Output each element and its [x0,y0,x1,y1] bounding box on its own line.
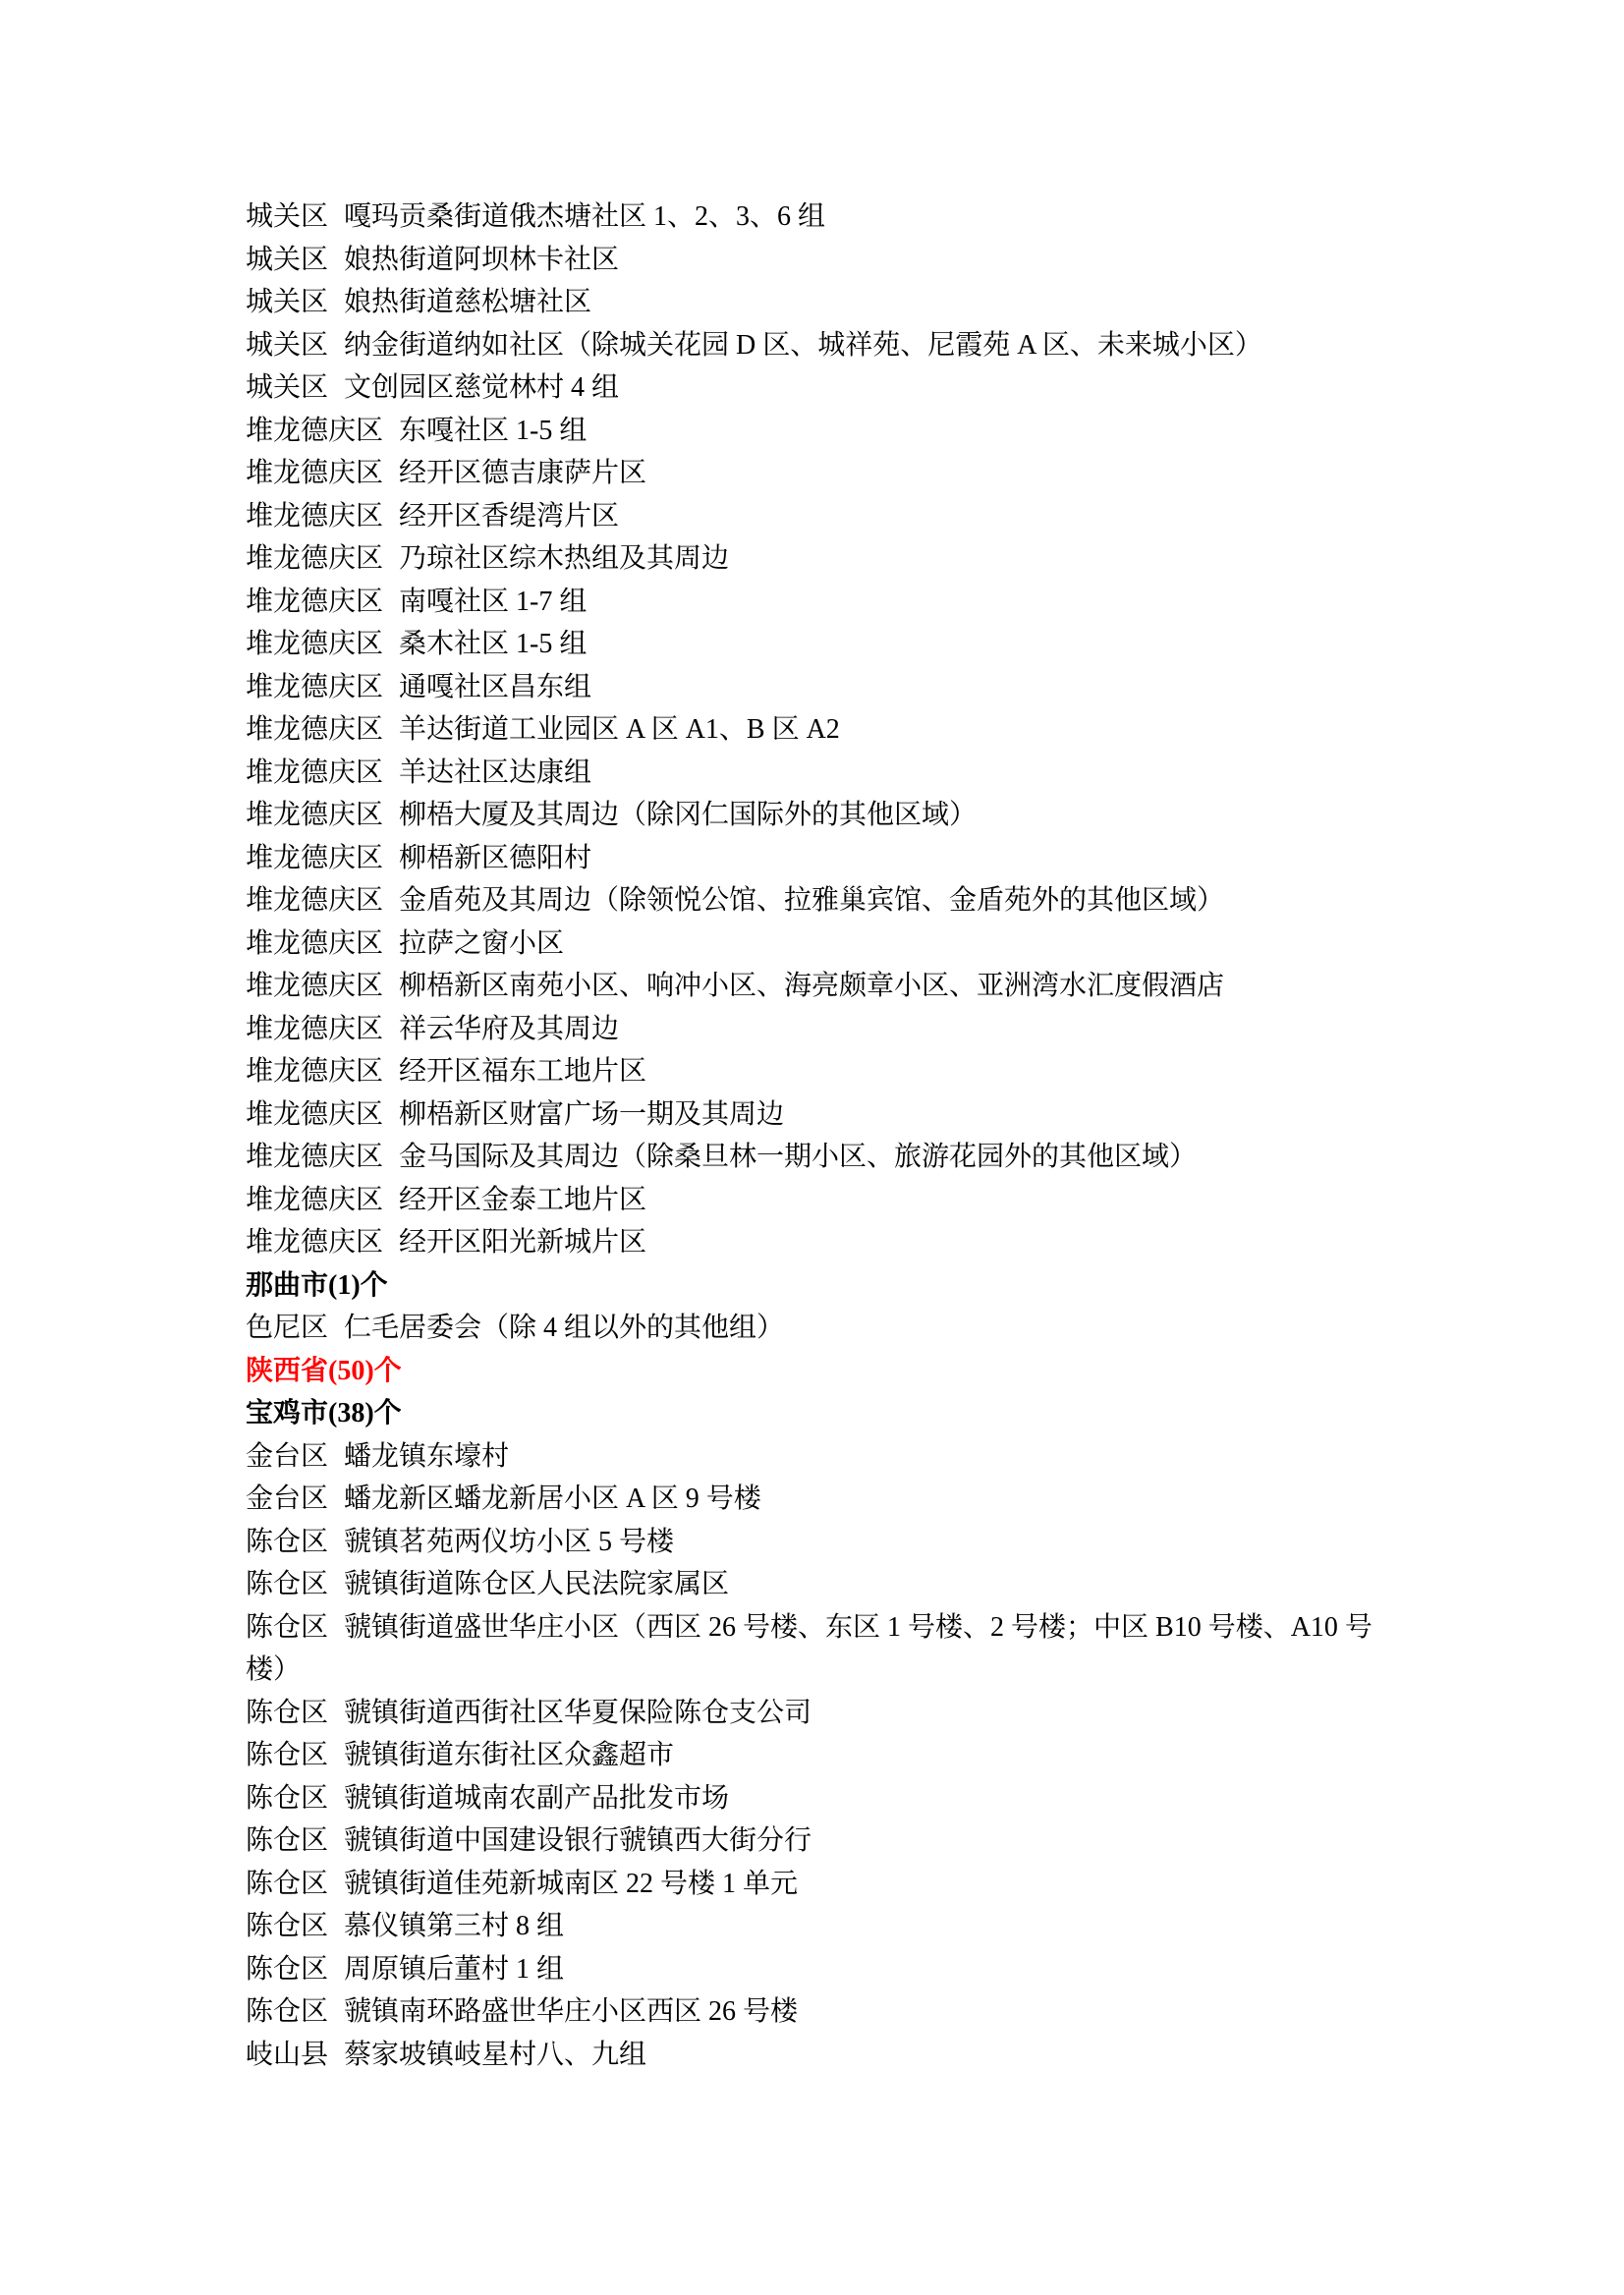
risk-area-row: 城关区嘎玛贡桑街道俄杰塘社区 1、2、3、6 组 [246,196,1383,239]
area-description: 经开区香缇湾片区 [399,501,619,532]
area-description: 虢镇街道城南农副产品批发市场 [344,1783,729,1814]
area-description: 柳梧新区德阳村 [399,843,591,873]
area-description: 慕仪镇第三村 8 组 [344,1911,564,1941]
risk-area-row: 堆龙德庆区南嘎社区 1-7 组 [246,581,1383,624]
risk-area-row: 堆龙德庆区经开区福东工地片区 [246,1050,1383,1093]
area-description: 经开区阳光新城片区 [399,1227,646,1258]
district-name: 堆龙德庆区 [246,458,383,488]
area-description: 东嘎社区 1-5 组 [399,416,587,446]
district-name: 城关区 [246,372,328,403]
province-header-label: 陕西省(50)个 [246,1356,402,1386]
district-name: 堆龙德庆区 [246,543,383,574]
area-description: 虢镇街道东街社区众鑫超市 [344,1740,674,1770]
risk-area-row: 陈仓区虢镇街道中国建设银行虢镇西大街分行 [246,1819,1383,1863]
city-header: 那曲市(1)个 [246,1264,1383,1308]
city-header: 宝鸡市(38)个 [246,1392,1383,1435]
risk-area-row: 城关区娘热街道慈松塘社区 [246,281,1383,324]
risk-area-row: 陈仓区虢镇南环路盛世华庄小区西区 26 号楼 [246,1990,1383,2034]
risk-area-row: 金台区蟠龙新区蟠龙新居小区 A 区 9 号楼 [246,1478,1383,1521]
district-name: 堆龙德庆区 [246,714,383,745]
risk-area-row: 堆龙德庆区金盾苑及其周边（除领悦公馆、拉雅巢宾馆、金盾苑外的其他区域） [246,879,1383,923]
area-description: 祥云华府及其周边 [399,1014,619,1044]
area-description: 金盾苑及其周边（除领悦公馆、拉雅巢宾馆、金盾苑外的其他区域） [399,885,1224,916]
risk-area-list: 城关区嘎玛贡桑街道俄杰塘社区 1、2、3、6 组城关区娘热街道阿坝林卡社区城关区… [246,196,1383,2076]
district-name: 陈仓区 [246,1740,328,1770]
area-description: 南嘎社区 1-7 组 [399,587,587,617]
risk-area-row: 陈仓区周原镇后董村 1 组 [246,1948,1383,1991]
risk-area-row: 堆龙德庆区经开区金泰工地片区 [246,1179,1383,1222]
risk-area-row: 堆龙德庆区拉萨之窗小区 [246,923,1383,966]
area-description: 虢镇南环路盛世华庄小区西区 26 号楼 [344,1996,798,2027]
risk-area-row: 陈仓区虢镇街道陈仓区人民法院家属区 [246,1563,1383,1606]
risk-area-row: 陈仓区虢镇街道佳苑新城南区 22 号楼 1 单元 [246,1863,1383,1906]
area-description: 蔡家坡镇岐星村八、九组 [344,2040,646,2070]
district-name: 陈仓区 [246,1996,328,2027]
risk-area-row: 陈仓区虢镇茗苑两仪坊小区 5 号楼 [246,1521,1383,1564]
district-name: 堆龙德庆区 [246,1014,383,1044]
district-name: 堆龙德庆区 [246,757,383,788]
area-description: 虢镇茗苑两仪坊小区 5 号楼 [344,1527,674,1557]
city-header-label: 那曲市(1)个 [246,1270,388,1301]
district-name: 金台区 [246,1483,328,1514]
risk-area-row: 堆龙德庆区柳梧新区南苑小区、响冲小区、海亮颇章小区、亚洲湾水汇度假酒店 [246,965,1383,1008]
district-name: 堆龙德庆区 [246,800,383,830]
district-name: 堆龙德庆区 [246,416,383,446]
risk-area-row: 堆龙德庆区东嘎社区 1-5 组 [246,410,1383,453]
risk-area-row: 金台区蟠龙镇东壕村 [246,1435,1383,1479]
area-description: 周原镇后董村 1 组 [344,1954,564,1985]
district-name: 陈仓区 [246,1698,328,1728]
risk-area-row: 堆龙德庆区羊达街道工业园区 A 区 A1、B 区 A2 [246,708,1383,752]
area-description: 金马国际及其周边（除桑旦林一期小区、旅游花园外的其他区域） [399,1142,1197,1172]
risk-area-row: 堆龙德庆区柳梧大厦及其周边（除冈仁国际外的其他区域） [246,794,1383,837]
area-description: 桑木社区 1-5 组 [399,629,587,659]
area-description: 娘热街道慈松塘社区 [344,287,591,317]
area-description: 文创园区慈觉林村 4 组 [344,372,619,403]
area-description: 嘎玛贡桑街道俄杰塘社区 1、2、3、6 组 [344,201,825,232]
risk-area-row: 堆龙德庆区桑木社区 1-5 组 [246,623,1383,666]
district-name: 堆龙德庆区 [246,1099,383,1130]
risk-area-row: 堆龙德庆区羊达社区达康组 [246,752,1383,795]
district-name: 堆龙德庆区 [246,1185,383,1215]
risk-area-row: 堆龙德庆区金马国际及其周边（除桑旦林一期小区、旅游花园外的其他区域） [246,1136,1383,1179]
province-header: 陕西省(50)个 [246,1350,1383,1393]
area-description: 虢镇街道西街社区华夏保险陈仓支公司 [344,1698,812,1728]
area-description: 羊达社区达康组 [399,757,591,788]
district-name: 堆龙德庆区 [246,1227,383,1258]
risk-area-row: 堆龙德庆区乃琼社区综木热组及其周边 [246,537,1383,581]
risk-area-row: 堆龙德庆区祥云华府及其周边 [246,1008,1383,1051]
district-name: 堆龙德庆区 [246,501,383,532]
area-description: 虢镇街道中国建设银行虢镇西大街分行 [344,1825,812,1856]
risk-area-row: 色尼区仁毛居委会（除 4 组以外的其他组） [246,1307,1383,1350]
city-header-label: 宝鸡市(38)个 [246,1398,402,1428]
area-description: 乃琼社区综木热组及其周边 [399,543,729,574]
district-name: 城关区 [246,330,328,361]
district-name: 城关区 [246,201,328,232]
area-description: 拉萨之窗小区 [399,928,564,959]
area-description: 通嘎社区昌东组 [399,672,591,702]
district-name: 色尼区 [246,1313,328,1343]
area-description: 娘热街道阿坝林卡社区 [344,245,619,275]
district-name: 城关区 [246,287,328,317]
risk-area-row: 堆龙德庆区经开区德吉康萨片区 [246,452,1383,495]
risk-area-row: 陈仓区慕仪镇第三村 8 组 [246,1905,1383,1948]
district-name: 陈仓区 [246,1569,328,1599]
risk-area-row: 堆龙德庆区柳梧新区财富广场一期及其周边 [246,1093,1383,1137]
district-name: 陈仓区 [246,1825,328,1856]
area-description: 经开区福东工地片区 [399,1056,646,1087]
district-name: 堆龙德庆区 [246,1142,383,1172]
district-name: 堆龙德庆区 [246,672,383,702]
district-name: 堆龙德庆区 [246,885,383,916]
district-name: 堆龙德庆区 [246,587,383,617]
area-description: 柳梧大厦及其周边（除冈仁国际外的其他区域） [399,800,977,830]
risk-area-row: 城关区纳金街道纳如社区（除城关花园 D 区、城祥苑、尼霞苑 A 区、未来城小区） [246,324,1383,367]
risk-area-row: 陈仓区虢镇街道盛世华庄小区（西区 26 号楼、东区 1 号楼、2 号楼；中区 B… [246,1606,1383,1692]
district-name: 堆龙德庆区 [246,629,383,659]
risk-area-row: 陈仓区虢镇街道城南农副产品批发市场 [246,1777,1383,1820]
district-name: 陈仓区 [246,1954,328,1985]
district-name: 岐山县 [246,2040,328,2070]
risk-area-row: 堆龙德庆区经开区香缇湾片区 [246,495,1383,538]
district-name: 陈仓区 [246,1869,328,1899]
area-description: 虢镇街道盛世华庄小区（西区 26 号楼、东区 1 号楼、2 号楼；中区 B10 … [246,1612,1372,1686]
risk-area-row: 陈仓区虢镇街道东街社区众鑫超市 [246,1734,1383,1777]
area-description: 仁毛居委会（除 4 组以外的其他组） [344,1313,784,1343]
area-description: 虢镇街道佳苑新城南区 22 号楼 1 单元 [344,1869,798,1899]
risk-area-row: 堆龙德庆区通嘎社区昌东组 [246,666,1383,709]
risk-area-row: 陈仓区虢镇街道西街社区华夏保险陈仓支公司 [246,1692,1383,1735]
area-description: 经开区金泰工地片区 [399,1185,646,1215]
area-description: 蟠龙镇东壕村 [344,1441,509,1472]
district-name: 陈仓区 [246,1612,328,1643]
district-name: 陈仓区 [246,1911,328,1941]
risk-area-row: 城关区娘热街道阿坝林卡社区 [246,239,1383,282]
risk-area-row: 堆龙德庆区柳梧新区德阳村 [246,837,1383,880]
risk-area-row: 堆龙德庆区经开区阳光新城片区 [246,1221,1383,1264]
district-name: 陈仓区 [246,1783,328,1814]
risk-area-row: 城关区文创园区慈觉林村 4 组 [246,366,1383,410]
area-description: 柳梧新区南苑小区、响冲小区、海亮颇章小区、亚洲湾水汇度假酒店 [399,971,1224,1001]
risk-area-row: 岐山县蔡家坡镇岐星村八、九组 [246,2034,1383,2077]
district-name: 堆龙德庆区 [246,928,383,959]
area-description: 纳金街道纳如社区（除城关花园 D 区、城祥苑、尼霞苑 A 区、未来城小区） [344,330,1262,361]
district-name: 城关区 [246,245,328,275]
district-name: 陈仓区 [246,1527,328,1557]
area-description: 虢镇街道陈仓区人民法院家属区 [344,1569,729,1599]
district-name: 堆龙德庆区 [246,971,383,1001]
district-name: 堆龙德庆区 [246,1056,383,1087]
area-description: 经开区德吉康萨片区 [399,458,646,488]
district-name: 金台区 [246,1441,328,1472]
area-description: 羊达街道工业园区 A 区 A1、B 区 A2 [399,714,840,745]
area-description: 柳梧新区财富广场一期及其周边 [399,1099,784,1130]
area-description: 蟠龙新区蟠龙新居小区 A 区 9 号楼 [344,1483,761,1514]
district-name: 堆龙德庆区 [246,843,383,873]
